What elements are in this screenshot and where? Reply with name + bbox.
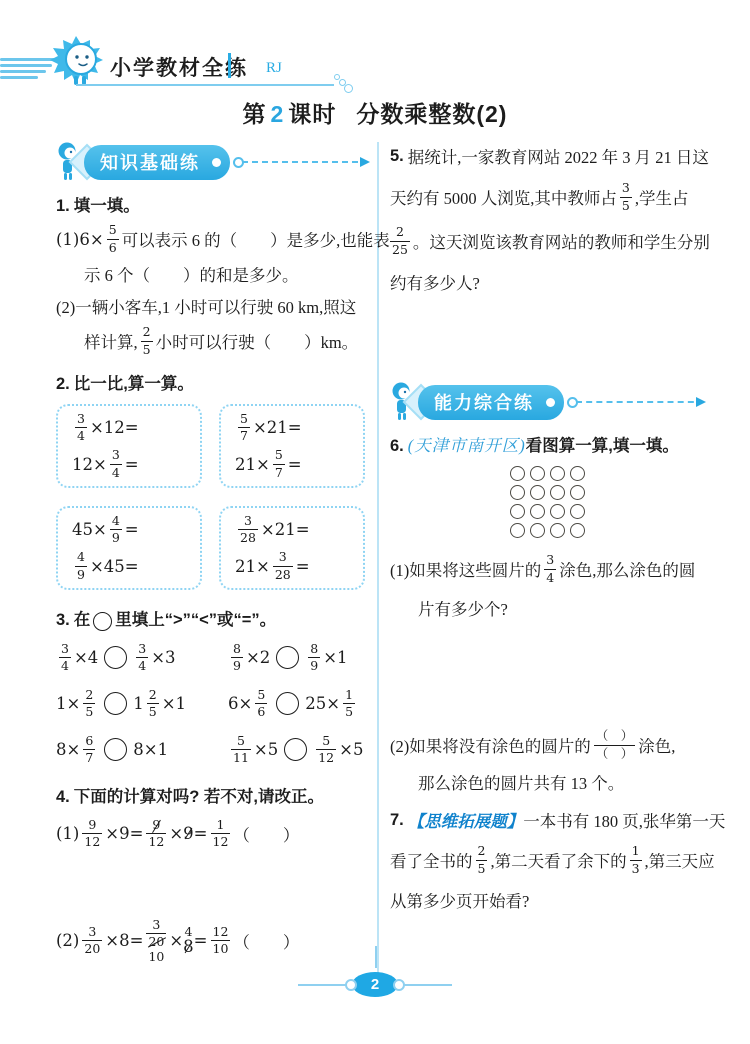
- counter-circle-icon: [570, 504, 585, 519]
- q7-tag: 【思维拓展题】: [408, 808, 524, 832]
- footer-rule-left: [298, 984, 350, 986]
- q1-title: 填一填。: [74, 197, 140, 215]
- q6-part2-line2: 那么涂色的圆片共有 13 个。: [390, 770, 704, 794]
- q2-box4: 328 ×21= 21× 328 =: [219, 506, 365, 590]
- q3-cell5: 8× 67 8×1: [56, 735, 228, 765]
- left-column: 知识基础练 1.填一填。 (1)6× 56 可以表示 6 的（ ）是多少,也能表…: [56, 142, 368, 971]
- fraction: 56: [107, 224, 119, 254]
- q1-part1-line2: 示 6 个（ ）的和是多少。: [56, 262, 368, 286]
- brand-divider-bar: [228, 53, 231, 78]
- counter-circle-icon: [530, 466, 545, 481]
- q4-part1: (1) 912 ×9= 912 × 9 = 112 （ ）: [56, 819, 368, 849]
- fraction: 25: [83, 689, 95, 719]
- counter-circle-icon: [510, 485, 525, 500]
- circle-row: [510, 504, 585, 519]
- q6-part1-line2: 片有多少个?: [390, 596, 704, 620]
- q3-title-post: 里填上“>”“<”或“=”。: [115, 611, 276, 629]
- fraction: 328: [238, 515, 258, 545]
- section-banner-label: 能力综合练: [418, 385, 564, 420]
- q4-heading: 4.下面的计算对吗? 若不对,请改正。: [56, 783, 368, 807]
- q6-title: 看图算一算,填一填。: [526, 437, 679, 455]
- q3-cell1: 34 ×4 34 ×3: [56, 643, 228, 673]
- q7-number: 7.: [390, 811, 404, 830]
- cancelled-number-stack: 48: [183, 926, 194, 956]
- cancelled-number: 9: [183, 824, 194, 843]
- q3-grid: 34 ×4 34 ×3 89 ×2 89 ×1 1× 25 1 25 ×1: [56, 643, 368, 765]
- q2-heading: 2.比一比,算一算。: [56, 370, 368, 394]
- counter-circle-icon: [510, 523, 525, 538]
- q1-heading: 1.填一填。: [56, 192, 368, 216]
- footer-ring-icon: [393, 979, 405, 991]
- expression: 21× 57 =: [235, 449, 363, 479]
- q5-line3: 225 。这天浏览该教育网站的教师和学生分别: [390, 226, 704, 256]
- workbook-page: 小学教材全练 RJ 第2课时分数乘整数(2) 知识基础练 1.: [0, 0, 750, 1044]
- page-footer: 2: [0, 972, 750, 997]
- expression: 57 ×21=: [235, 413, 363, 443]
- counter-circle-icon: [570, 466, 585, 481]
- fraction: 34: [110, 449, 122, 479]
- fraction: 225: [390, 226, 410, 256]
- fraction: 112: [211, 819, 231, 849]
- lesson-title-mid: 课时: [288, 101, 336, 127]
- column-divider: [377, 142, 379, 984]
- expression: 49 ×45=: [72, 551, 200, 581]
- circles-grid: [510, 466, 585, 538]
- counter-circle-icon: [550, 466, 565, 481]
- fraction: 34: [75, 413, 87, 443]
- counter-circle-icon: [510, 504, 525, 519]
- fraction-blank[interactable]: （ ）（ ）: [594, 730, 636, 760]
- right-column: 5.据统计,一家教育网站 2022 年 3 月 21 日这 天约有 5000 人…: [390, 142, 704, 920]
- fraction: 912: [82, 819, 102, 849]
- q6-part2-line1: (2)如果将没有涂色的圆片的 （ ）（ ） 涂色,: [390, 730, 704, 760]
- expression: 328 ×21=: [235, 515, 363, 545]
- fraction: 34: [59, 643, 71, 673]
- q4-number: 4.: [56, 788, 70, 806]
- q2-boxes: 34 ×12= 12× 34 = 57 ×21= 21× 57 =: [56, 404, 368, 590]
- q3-heading: 3.在里填上“>”“<”或“=”。: [56, 606, 368, 631]
- counter-circle-icon: [530, 485, 545, 500]
- fraction: 49: [110, 515, 122, 545]
- q2-box2: 57 ×21= 21× 57 =: [219, 404, 365, 488]
- q5-line2: 天约有 5000 人浏览,其中教师占 35 ,学生占: [390, 182, 704, 212]
- lesson-number: 2: [267, 101, 289, 127]
- header-rule: [76, 84, 334, 86]
- q7-line1: 7.【思维拓展题】一本书有 180 页,张华第一天: [390, 808, 704, 832]
- q3-cell2: 89 ×2 89 ×1: [228, 643, 368, 673]
- q1-text: 可以表示 6 的（ ）是多少,也能表: [122, 227, 390, 251]
- q6-part1-line1: (1)如果将这些圆片的 34 涂色,那么涂色的圆: [390, 554, 704, 584]
- q1-text: (2)一辆小客车,1 小时可以行驶 60 km,照这: [56, 294, 356, 318]
- header-bubbles-decoration: [334, 74, 354, 94]
- footer-tick-decoration: [375, 946, 377, 968]
- fraction: 511: [231, 735, 251, 765]
- counter-circle-icon: [550, 504, 565, 519]
- lesson-title-prefix: 第: [243, 101, 267, 127]
- q5-line1: 5.据统计,一家教育网站 2022 年 3 月 21 日这: [390, 144, 704, 168]
- q6-source-region: (天津市南开区): [408, 436, 526, 455]
- fraction: 34: [136, 643, 148, 673]
- edition-label: RJ: [266, 60, 282, 77]
- counter-circle-icon: [530, 504, 545, 519]
- q1-part2-line2: 样计算, 25 小时可以行驶（ ）km。: [56, 326, 368, 356]
- fraction: 1210: [211, 926, 231, 956]
- q7-line3: 从第多少页开始看?: [390, 888, 704, 912]
- page-number-badge: 2: [352, 972, 398, 997]
- q1-text: 样计算,: [84, 329, 138, 353]
- expression: 12× 34 =: [72, 449, 200, 479]
- circle-placeholder-icon: [93, 612, 112, 631]
- section-banner-basic: 知识基础练: [56, 142, 368, 182]
- footer-ring-icon: [345, 979, 357, 991]
- compare-circle[interactable]: [104, 738, 127, 761]
- fraction: 320: [82, 926, 102, 956]
- fraction-cancelled: 32010: [146, 919, 166, 964]
- fraction: 57: [238, 413, 250, 443]
- counter-circle-icon: [550, 523, 565, 538]
- fraction: 89: [308, 643, 320, 673]
- q3-cell3: 1× 25 1 25 ×1: [56, 689, 228, 719]
- q7-line2: 看了全书的 25 ,第二天看了余下的 13 ,第三天应: [390, 845, 704, 875]
- fraction: 15: [343, 689, 355, 719]
- fraction: 89: [231, 643, 243, 673]
- fraction: 25: [476, 845, 488, 875]
- q1-text: 示 6 个（ ）的和是多少。: [84, 262, 299, 286]
- counter-circle-icon: [570, 523, 585, 538]
- q2-title: 比一比,算一算。: [74, 375, 194, 393]
- q6-number: 6.: [390, 437, 404, 455]
- q4-part2: (2) 320 ×8= 32010 × 48 = 1210 （ ）: [56, 919, 368, 964]
- q5-number: 5.: [390, 147, 404, 166]
- counter-circle-icon: [510, 466, 525, 481]
- q5-line4: 约有多少人?: [390, 270, 704, 294]
- q3-cell6: 511 ×5 512 ×5: [228, 735, 368, 765]
- circle-row: [510, 485, 585, 500]
- q1-part2-line1: (2)一辆小客车,1 小时可以行驶 60 km,照这: [56, 294, 368, 318]
- circle-row: [510, 466, 585, 481]
- q1-part1-line1: (1)6× 56 可以表示 6 的（ ）是多少,也能表: [56, 224, 368, 254]
- counter-circle-icon: [530, 523, 545, 538]
- fraction: 49: [75, 551, 87, 581]
- fraction: 34: [544, 554, 556, 584]
- judge-blank[interactable]: （ ）: [233, 822, 299, 846]
- fraction: 35: [620, 182, 632, 212]
- dashed-arrow-decoration: [576, 401, 704, 403]
- compare-circle[interactable]: [276, 692, 299, 715]
- expression: 34 ×12=: [72, 413, 200, 443]
- expression: 21× 328 =: [235, 551, 363, 581]
- q2-number: 2.: [56, 375, 70, 393]
- footer-rule-right: [400, 984, 452, 986]
- section-banner-label: 知识基础练: [84, 145, 230, 180]
- q3-cell4: 6× 56 25× 15: [228, 689, 368, 719]
- compare-circle[interactable]: [284, 738, 307, 761]
- q4-title: 下面的计算对吗? 若不对,请改正。: [74, 788, 324, 806]
- counter-circle-icon: [550, 485, 565, 500]
- circle-row: [510, 523, 585, 538]
- fraction: 56: [255, 689, 267, 719]
- fraction: 67: [83, 735, 95, 765]
- counter-circle-icon: [570, 485, 585, 500]
- q2-box1: 34 ×12= 12× 34 =: [56, 404, 202, 488]
- q2-box3: 45× 49 = 49 ×45=: [56, 506, 202, 590]
- fraction: 13: [630, 845, 642, 875]
- lesson-title: 第2课时分数乘整数(2): [0, 96, 750, 129]
- q6-heading: 6.(天津市南开区)看图算一算,填一填。: [390, 432, 704, 456]
- q1-number: 1.: [56, 197, 70, 215]
- compare-circle[interactable]: [276, 646, 299, 669]
- fraction: 25: [147, 689, 159, 719]
- fraction: 512: [316, 735, 336, 765]
- lesson-name: 分数乘整数(2): [356, 101, 507, 127]
- expression: 45× 49 =: [72, 515, 200, 545]
- judge-blank[interactable]: （ ）: [233, 929, 299, 953]
- dashed-arrow-decoration: [242, 161, 368, 163]
- compare-circle[interactable]: [104, 692, 127, 715]
- fraction-cancelled: 912: [146, 819, 166, 849]
- q3-number: 3.: [56, 611, 70, 629]
- fraction: 25: [141, 326, 153, 356]
- fraction: 328: [273, 551, 293, 581]
- compare-circle[interactable]: [104, 646, 127, 669]
- section-banner-advanced: 能力综合练: [390, 382, 704, 422]
- q1-text: (1)6×: [56, 230, 104, 249]
- q1-text: 小时可以行驶（ ）km。: [156, 329, 359, 353]
- fraction: 57: [273, 449, 285, 479]
- q3-title-pre: 在: [74, 611, 91, 629]
